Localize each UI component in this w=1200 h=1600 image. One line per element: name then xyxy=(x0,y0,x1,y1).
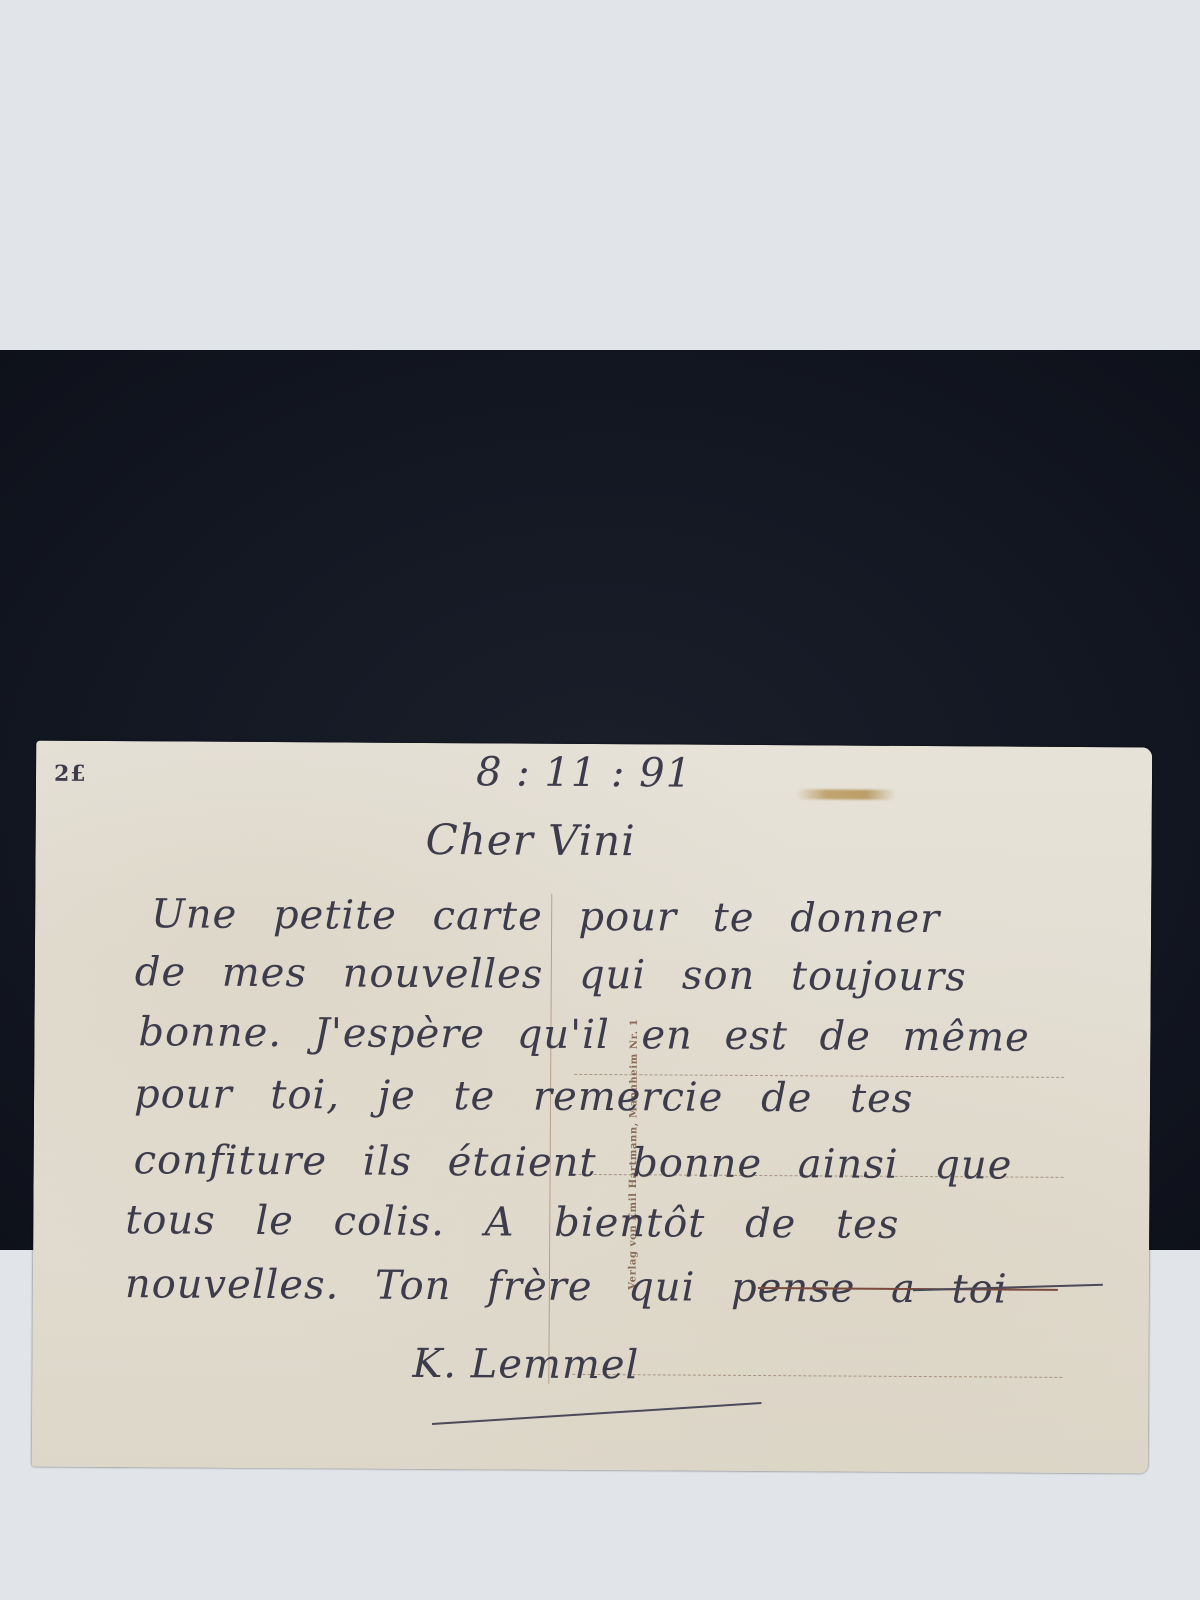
letter-line-6: tous le colis. A bientôt de tes xyxy=(125,1197,899,1248)
signature-underline xyxy=(432,1402,761,1425)
letter-line-2: de mes nouvelles qui son toujours xyxy=(135,949,967,1000)
letter-line-4: pour toi, je te remercie de tes xyxy=(134,1071,914,1122)
address-line-3 xyxy=(572,1374,1062,1378)
photo-background: 2£ 8 : 11 : 91 Cher Vini Verlag von Emil… xyxy=(0,350,1200,1250)
letter-date: 8 : 11 : 91 xyxy=(476,749,692,796)
paper-stain xyxy=(796,789,896,800)
letter-signature: K. Lemmel xyxy=(412,1341,639,1388)
letter-line-1: Une petite carte pour te donner xyxy=(151,891,940,942)
archive-number: 2£ xyxy=(54,761,87,787)
letter-line-3: bonne. J'espère qu'il en est de même xyxy=(138,1009,1030,1060)
postcard-back: 2£ 8 : 11 : 91 Cher Vini Verlag von Emil… xyxy=(32,741,1152,1474)
letter-line-5: confiture ils étaient bonne ainsi que xyxy=(134,1137,1013,1188)
letter-salutation: Cher Vini xyxy=(425,815,635,865)
